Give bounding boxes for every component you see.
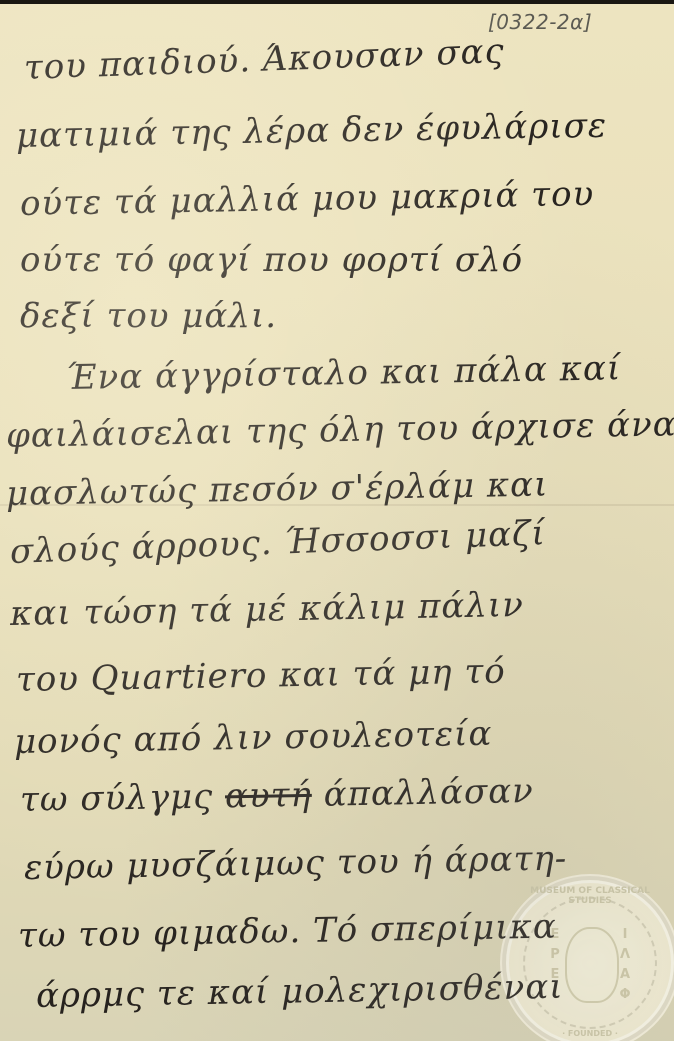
manuscript-line-2: ματιμιά της λέρα δεν έφυλάρισε [16,106,608,156]
manuscript-line-4: ούτε τό φαγί που φορτί σλό [20,240,523,280]
seal-right-letters: Ι Λ Α Φ [613,925,637,1005]
manuscript-line-16: άρρμς τε καί μολεχιρισθέναι [36,967,564,1016]
line-13-text: τω σύλγμς [20,777,214,820]
manuscript-line-3: ούτε τά μαλλιά μου μακριά του [20,174,595,224]
seal-bottom-text: · FOUNDED · [509,1029,671,1038]
manuscript-line-12: μονός από λιν σουλεοτεία [14,714,493,762]
manuscript-page: [0322-2α] του παιδιού. Άκουσαν σας ματιμ… [0,4,674,1041]
line-13-continuation: άπαλλάσαν [323,771,534,815]
manuscript-line-8: μασλωτώς πεσόν σ'έρλάμ και [6,465,549,514]
seal-letter: Ρ [543,945,567,965]
seal-letter: Ι [613,925,637,945]
manuscript-line-6: Ένα άγγρίσταλο και πάλα καί [66,348,622,398]
manuscript-line-13: τω σύλγμς αυτή άπαλλάσαν [20,771,534,820]
manuscript-line-10: και τώση τά μέ κάλιμ πάλιν [10,585,525,634]
seal-vase-emblem-icon [565,927,619,1003]
manuscript-line-1: του παιδιού. Άκουσαν σας [23,31,505,88]
seal-letter: Λ [613,945,637,965]
manuscript-line-14: εύρω μυσζάιμως του ή άρατη- [24,839,568,888]
manuscript-line-5: δεξί του μάλι. [20,296,277,336]
struck-through-word: αυτή [225,775,312,817]
manuscript-line-15: τω του φιμαδω. Τό σπερίμικα [18,907,557,956]
seal-letter: Φ [613,985,637,1005]
manuscript-line-11: του Quartiero και τά μη τό [16,651,506,700]
manuscript-line-9: σλούς άρρους. Ήσσοσσι μαζί [9,513,546,572]
seal-top-text: MUSEUM OF CLASSICAL STUDIES [509,886,671,906]
manuscript-line-7: φαιλάισελαι της όλη του άρχισε άνα- [6,404,674,456]
seal-letter: Α [613,965,637,985]
archive-seal-stamp: MUSEUM OF CLASSICAL STUDIES Ε Ρ Ε Ι Ι Λ … [506,880,674,1041]
